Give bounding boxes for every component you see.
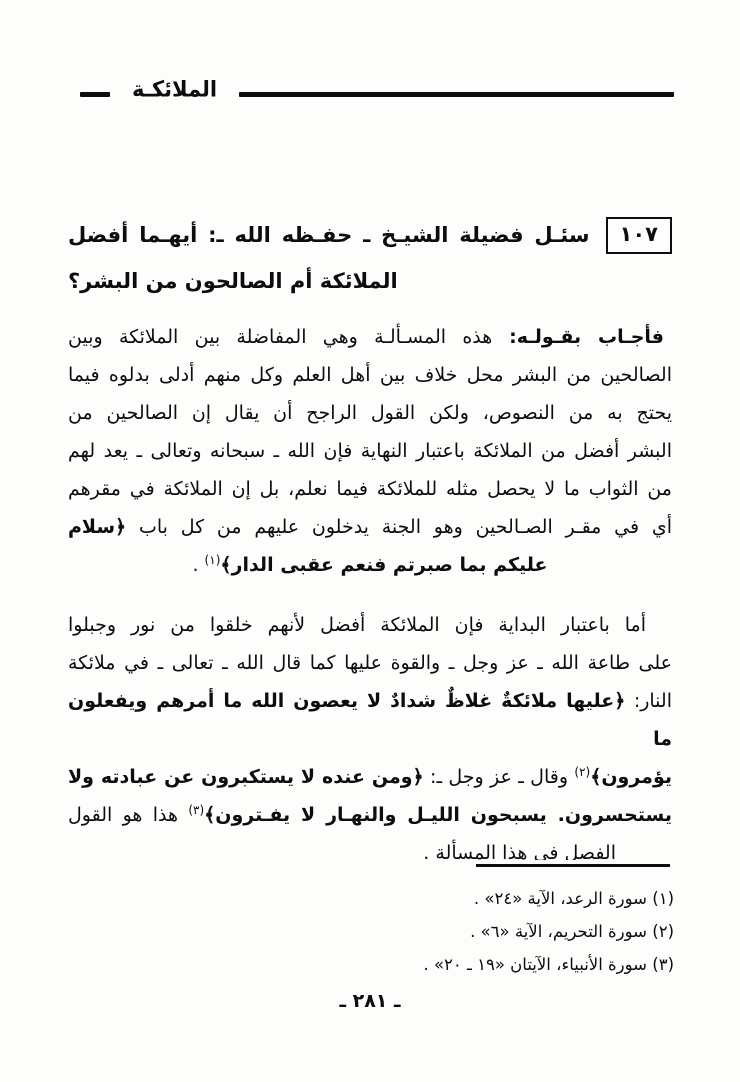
footnote-separator	[476, 864, 670, 867]
paragraph-line: فأجـاب بقـولـه: هذه المسـألـة وهي المفاض…	[68, 318, 672, 356]
quran-quote: ﴿سلام	[68, 516, 126, 538]
paragraph-line: النار: ﴿عليها ملائكةٌ غلاظٌ شدادٌ لا يعص…	[68, 682, 672, 758]
answer-paragraph-1: فأجـاب بقـولـه: هذه المسـألـة وهي المفاض…	[68, 318, 672, 584]
question-text-line1: سئـل فضيلة الشيـخ ـ حفـظه الله ـ: أيهـما…	[68, 223, 590, 247]
body-text: هذا هو القول	[68, 804, 188, 826]
paragraph-line: يؤمرون﴾(٢) وقال ـ عز وجل ـ: ﴿ومن عنده لا…	[68, 758, 672, 796]
paragraph-line: أي في مقـر الصـالحين وهو الجنة يدخلون عل…	[68, 508, 672, 546]
footnote-ref-2: (٢)	[574, 765, 590, 779]
question-number-box: ١٠٧	[606, 217, 672, 254]
footnotes: (١) سورة الرعد، الآية «٢٤» . (٢) سورة ال…	[68, 882, 674, 981]
header-rule-left	[80, 92, 110, 97]
paragraph-line: البشر أفضل من الملائكة باعتبار النهاية ف…	[68, 432, 672, 470]
footnote-1: (١) سورة الرعد، الآية «٢٤» .	[68, 882, 674, 915]
quran-quote: ﴿عليها ملائكةٌ غلاظٌ شدادٌ لا يعصون الله…	[68, 690, 672, 750]
footnote-ref-3: (٣)	[188, 803, 204, 817]
body-text: .	[192, 554, 204, 576]
paragraph-line: عليكم بما صبرتم فنعم عقبى الدار﴾(١) .	[68, 546, 672, 584]
body-text: هذه المسـألـة وهي المفاضلة بين الملائكة …	[68, 326, 492, 348]
quran-quote: ﴿ومن عنده لا يستكبرون عن عبادته ولا	[68, 766, 424, 788]
chapter-title: الملائكـة	[132, 76, 217, 101]
page-content: ١٠٧ سئـل فضيلة الشيـخ ـ حفـظه الله ـ: أي…	[68, 212, 672, 860]
body-text: وقال ـ عز وجل ـ:	[424, 766, 575, 788]
footnote-3: (٣) سورة الأنبياء، الآيتان «١٩ ـ ٢٠» .	[68, 948, 674, 981]
answer-paragraph-2: أما باعتبار البداية فإن الملائكة أفضل لأ…	[68, 606, 672, 860]
answer-lead-in: فأجـاب بقـولـه:	[492, 326, 664, 348]
quran-quote: يؤمرون﴾	[590, 766, 672, 788]
quran-quote: عليكم بما صبرتم فنعم عقبى الدار﴾	[220, 554, 547, 576]
footnote-ref-1: (١)	[205, 553, 221, 567]
question-text-line2: الملائكة أم الصالحون من البشر؟	[68, 258, 672, 304]
quran-quote: يستحسرون. يسبحون الليـل والنهـار لا يفـت…	[204, 804, 672, 826]
paragraph-line: يحتج به من النصوص، ولكن القول الراجح أن …	[68, 394, 672, 432]
page-number: ـ ٢٨١ ـ	[0, 990, 740, 1012]
book-page: الملائكـة ١٠٧ سئـل فضيلة الشيـخ ـ حفـظه …	[0, 0, 740, 1082]
header-rule-right	[239, 92, 674, 97]
paragraph-line: يستحسرون. يسبحون الليـل والنهـار لا يفـت…	[68, 796, 672, 834]
paragraph-line: على طاعة الله ـ عز وجل ـ والقوة عليها كم…	[68, 644, 672, 682]
paragraph-line: أما باعتبار البداية فإن الملائكة أفضل لأ…	[68, 606, 672, 644]
footnote-2: (٢) سورة التحريم، الآية «٦» .	[68, 915, 674, 948]
paragraph-line: من الثواب ما لا يحصل مثله للملائكة فيما …	[68, 470, 672, 508]
question-heading: ١٠٧ سئـل فضيلة الشيـخ ـ حفـظه الله ـ: أي…	[68, 212, 672, 258]
paragraph-line: الفصل في هذا المسألة .	[68, 834, 672, 860]
paragraph-line: الصالحين من البشر محل خلاف بين أهل العلم…	[68, 356, 672, 394]
chapter-header: الملائكـة	[80, 74, 674, 104]
body-text: النار:	[625, 690, 672, 712]
body-text: أي في مقـر الصـالحين وهو الجنة يدخلون عل…	[126, 516, 672, 538]
